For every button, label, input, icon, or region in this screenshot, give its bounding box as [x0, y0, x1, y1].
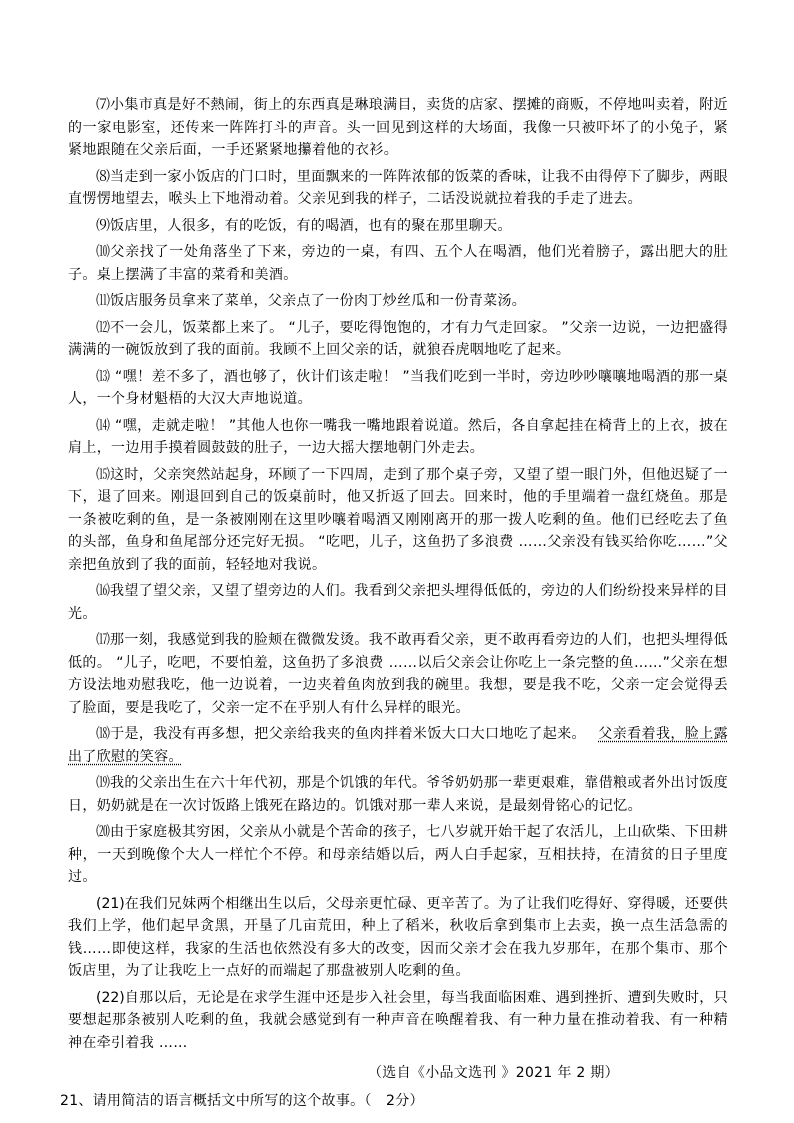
paragraph-text: “嘿，走就走啦！ ”其他人也你一嘴我一嘴地跟着说道。然后，各自拿起挂在椅背上的上… — [68, 418, 728, 457]
paragraph-7: ⑺小集市真是好不熱闹，街上的东西真是琳琅满目，卖货的店家、摆摊的商贩，不停地叫卖… — [68, 94, 728, 162]
paragraph-number: ⒀ — [96, 369, 110, 385]
paragraph-text: 这时，父亲突然站起身，环顾了一下四周，走到了那个桌子旁，又望了望一眼门外，但他迟… — [68, 467, 728, 573]
paragraph-number: ⒄ — [96, 632, 110, 648]
paragraph-number: ⑺ — [96, 97, 110, 113]
paragraph-20: ⒇由于家庭极其穷困，父亲从小就是个苦命的孩子，七八岁就开始干起了农活儿，上山砍柴… — [68, 821, 728, 889]
paragraph-text: “嘿！差不多了，酒也够了，伙计们该走啦！ ”当我们吃到一半时，旁边吵吵嚷嚷地喝酒… — [68, 369, 728, 408]
paragraph-number: ⒂ — [96, 467, 110, 483]
paragraph-number: ⒃ — [96, 583, 110, 599]
paragraph-text: 自那以后，无论是在求学生涯中还是步入社会里，每当我面临困难、遇到挫折、遭到失败时… — [68, 990, 728, 1051]
paragraph-16: ⒃我望了望父亲，又望了望旁边的人们。我看到父亲把头埋得低低的，旁边的人们纷纷投来… — [68, 580, 728, 625]
paragraph-9: ⑼饭店里，人很多，有的吃饭，有的喝酒，也有的聚在那里聊天。 — [68, 215, 728, 238]
paragraph-text: 我望了望父亲，又望了望旁边的人们。我看到父亲把头埋得低低的，旁边的人们纷纷投来异… — [68, 583, 728, 622]
paragraph-22: (22)自那以后，无论是在求学生涯中还是步入社会里，每当我面临困难、遇到挫折、遭… — [68, 987, 728, 1055]
paragraph-number: ⑿ — [96, 320, 110, 336]
paragraph-text: 那一刻，我感觉到我的脸颊在微微发烫。我不敢再看父亲，更不敢再看旁边的人们，也把头… — [68, 632, 728, 716]
paragraph-18: ⒅于是，我没有再多想，把父亲给我夹的鱼肉拌着米饭大口大口地吃了起来。 父亲看着我… — [68, 723, 728, 768]
paragraph-text: 于是，我没有再多想，把父亲给我夹的鱼肉拌着米饭大口大口地吃了起来。 — [110, 726, 598, 742]
paragraph-10: ⑽父亲找了一处角落坐了下来，旁边的一桌，有四、五个人在喝酒，他们光着膀子，露出肥… — [68, 241, 728, 286]
paragraph-11: ⑾饭店服务员拿来了菜单，父亲点了一份肉丁炒丝瓜和一份青菜汤。 — [68, 290, 728, 313]
paragraph-12: ⑿不一会儿，饭菜都上来了。 “儿子，要吃得饱饱的，才有力气走回家。 ”父亲一边说… — [68, 317, 728, 362]
paragraph-text: 在我们兄妹两个相继出生以后，父母亲更忙碌、更辛苦了。为了让我们吃得好、穿得暖，还… — [68, 896, 728, 980]
question-21: 21、请用简洁的语言概括文中所写的这个故事。（ 2分） — [60, 1090, 728, 1112]
paragraph-21: (21)在我们兄妹两个相继出生以后，父母亲更忙碌、更辛苦了。为了让我们吃得好、穿… — [68, 893, 728, 983]
paragraph-number: ⒇ — [96, 824, 110, 840]
paragraph-17: ⒄那一刻，我感觉到我的脸颊在微微发烫。我不敢再看父亲，更不敢再看旁边的人们，也把… — [68, 629, 728, 719]
paragraph-number: (21) — [96, 896, 125, 912]
paragraph-text: 我的父亲出生在六十年代初，那是个饥饿的年代。爷爷奶奶那一辈更艰难，靠借粮或者外出… — [68, 775, 728, 814]
paragraph-number: ⒆ — [96, 775, 110, 791]
paragraph-19: ⒆我的父亲出生在六十年代初，那是个饥饿的年代。爷爷奶奶那一辈更艰难，靠借粮或者外… — [68, 772, 728, 817]
paragraph-number: ⑽ — [96, 244, 110, 260]
paragraph-number: ⒁ — [96, 418, 110, 434]
paragraph-15: ⒂这时，父亲突然站起身，环顾了一下四周，走到了那个桌子旁，又望了望一眼门外，但他… — [68, 464, 728, 577]
paragraph-number: ⑻ — [96, 169, 110, 185]
paragraph-text: 饭店里，人很多，有的吃饭，有的喝酒，也有的聚在那里聊天。 — [110, 218, 512, 234]
paragraph-number: ⒅ — [96, 726, 110, 742]
paragraph-14: ⒁ “嘿，走就走啦！ ”其他人也你一嘴我一嘴地跟着说道。然后，各自拿起挂在椅背上… — [68, 415, 728, 460]
paragraph-text: 小集市真是好不熱闹，街上的东西真是琳琅满目，卖货的店家、摆摊的商贩，不停地叫卖着… — [68, 97, 728, 158]
document-page: ⑺小集市真是好不熱闹，街上的东西真是琳琅满目，卖货的店家、摆摊的商贩，不停地叫卖… — [68, 94, 728, 1112]
paragraph-text: 由于家庭极其穷困，父亲从小就是个苦命的孩子，七八岁就开始干起了农活儿，上山砍柴、… — [68, 824, 728, 885]
paragraph-text: 父亲找了一处角落坐了下来，旁边的一桌，有四、五个人在喝酒，他们光着膀子，露出肥大… — [68, 244, 728, 283]
paragraph-number: ⑾ — [96, 293, 110, 309]
paragraph-text: 当走到一家小饭店的门口时，里面飘来的一阵阵浓郁的饭菜的香味，让我不由得停下了脚步… — [68, 169, 728, 208]
paragraph-text: 饭店服务员拿来了菜单，父亲点了一份肉丁炒丝瓜和一份青菜汤。 — [110, 293, 526, 309]
paragraph-text: 不一会儿，饭菜都上来了。 “儿子，要吃得饱饱的，才有力气走回家。 ”父亲一边说，… — [68, 320, 728, 359]
paragraph-8: ⑻当走到一家小饭店的门口时，里面飘来的一阵阵浓郁的饭菜的香味，让我不由得停下了脚… — [68, 166, 728, 211]
paragraph-13: ⒀ “嘿！差不多了，酒也够了，伙计们该走啦！ ”当我们吃到一半时，旁边吵吵嚷嚷地… — [68, 366, 728, 411]
source-citation: （选自《小品文选刊 》2021 年 2 期） — [68, 1062, 728, 1084]
paragraph-number: (22) — [96, 990, 125, 1006]
paragraph-number: ⑼ — [96, 218, 110, 234]
